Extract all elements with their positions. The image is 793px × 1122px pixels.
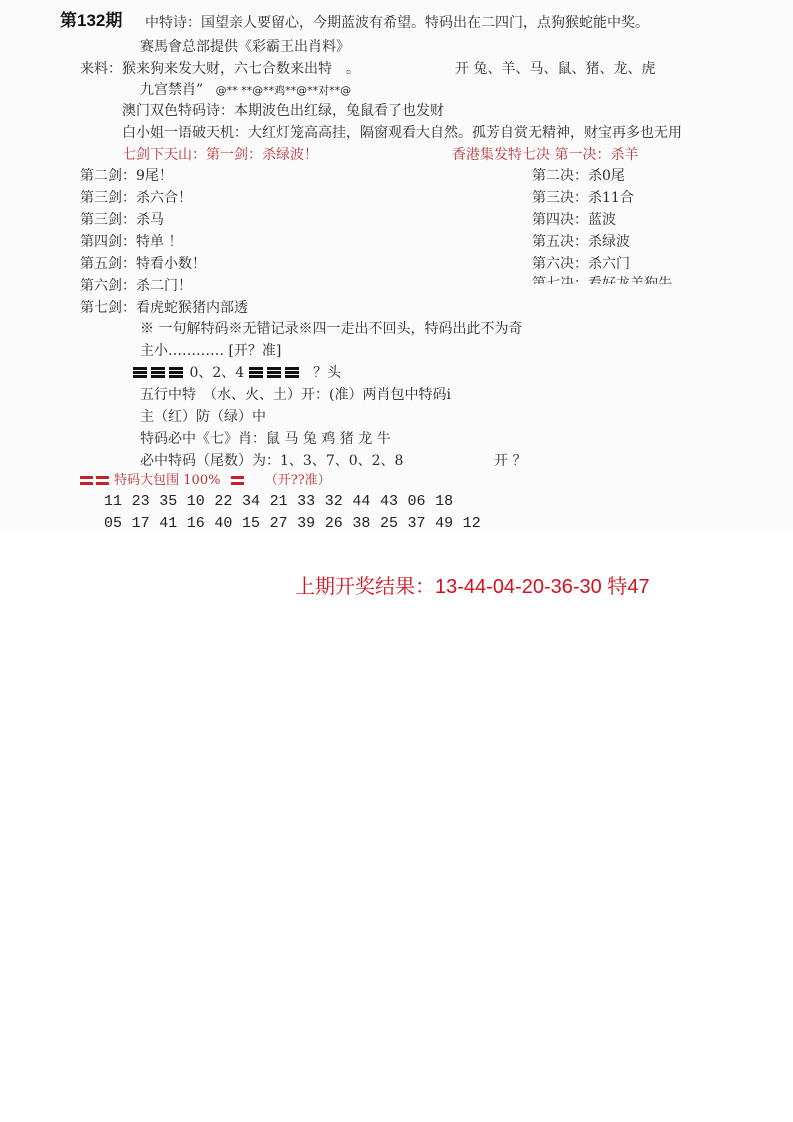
issue-number: 第132期 (60, 12, 122, 30)
pack-number: 11 (104, 493, 132, 510)
nine-palace-line: 九宫禁肖” @** **@**鸡**@**对**@ (140, 81, 351, 100)
sword-item: 第六剑：杀二门！ (80, 277, 192, 295)
big-pack-row-1: 11233510223421333244430618 (104, 493, 463, 510)
secret-item: 第四决：蓝波 (532, 211, 616, 229)
big-pack-title-line: 特码大包围 100% （开??准） (80, 472, 331, 490)
open-label: 开 (455, 61, 469, 77)
last-result-special: 特47 (607, 576, 649, 598)
sword-item: 第四剑：特单 ！ (80, 233, 182, 251)
miss-bai-line: 白小姐一语破天机：大红灯笼高高挂，隔窗观看大自然。孤芳自赏无精神，财宝再多也无用 (122, 124, 793, 142)
triple-bar-icon (133, 367, 185, 379)
head-suffix: ？头 (313, 365, 341, 381)
nine-palace-code: @** **@**鸡**@**对**@ (216, 84, 352, 97)
source-text: 来料：猴来狗来发大财，六七合数来出特 。 (80, 61, 360, 77)
pack-number: 39 (297, 515, 325, 532)
zodiac-list: 兔、羊、马、鼠、猪、龙、虎 (473, 61, 655, 77)
pack-number: 27 (270, 515, 298, 532)
pack-number: 10 (187, 493, 215, 510)
pack-number: 38 (352, 515, 380, 532)
macau-poem: 澳门双色特码诗：本期波色出红绿，兔鼠看了也发财 (122, 102, 444, 120)
double-bar-icon (80, 476, 110, 486)
pack-number: 43 (380, 493, 408, 510)
pack-number: 37 (408, 515, 436, 532)
tail-open: 开 ？ (494, 452, 526, 470)
big-pack-row-2: 0517411640152739263825374912 (104, 515, 490, 532)
secret-item: 第七决：看好龙羊狗牛 (532, 275, 672, 284)
pack-number: 23 (132, 493, 160, 510)
last-result-label: 上期开奖结果： (295, 576, 435, 598)
sword-item: 第二剑：9尾！ (80, 167, 173, 185)
pack-number: 16 (187, 515, 215, 532)
last-result: 上期开奖结果：13-44-04-20-36-30 特47 (295, 570, 650, 599)
source-line: 来料：猴来狗来发大财，六七合数来出特 。 (80, 60, 360, 78)
sword-item: 第三剑：杀马 (80, 211, 164, 229)
nine-palace-label: 九宫禁肖” (140, 82, 203, 98)
pack-number: 40 (214, 515, 242, 532)
pack-number: 21 (270, 493, 298, 510)
main-color-tip: 主（红）防（绿）中 (140, 408, 266, 426)
head-numbers: 0、2、4 (189, 365, 244, 381)
pack-number: 34 (242, 493, 270, 510)
sword-item: 第七剑：看虎蛇猴猪内部透 (80, 299, 248, 317)
pack-number: 41 (159, 515, 187, 532)
must-seven-tip: 特码必中《七》肖：鼠 马 兔 鸡 猪 龙 牛 (140, 430, 391, 448)
pack-number: 44 (352, 493, 380, 510)
secret-item: 第二决：杀0尾 (532, 167, 625, 185)
pack-number: 22 (214, 493, 242, 510)
sword-item: 第三剑：杀六合！ (80, 189, 192, 207)
secret-item-text: 第七决：看好龙羊狗牛 (532, 276, 672, 284)
head-numbers-line: 0、2、4 ？头 (133, 364, 341, 382)
five-elements-tip: 五行中特 （水、火、土）开：(准）两肖包中特码i (140, 386, 451, 404)
pack-number: 49 (435, 515, 463, 532)
pack-number: 26 (325, 515, 353, 532)
main-small-tip: 主小………… [开？准] (140, 342, 281, 360)
secret-item: 第六决：杀六门 (532, 255, 630, 273)
secret-item: 第三决：杀11合 (532, 189, 634, 207)
pack-number: 18 (435, 493, 463, 510)
pack-number: 32 (325, 493, 353, 510)
pack-number: 33 (297, 493, 325, 510)
sword-item: 第五剑：特看小数！ (80, 255, 206, 273)
pack-number: 05 (104, 515, 132, 532)
pack-number: 15 (242, 515, 270, 532)
one-sentence-tip: ※ 一句解特码※无错记录※四一走出不回头，特码出此不为奇 (140, 320, 522, 338)
source-zodiacs: 开 兔、羊、马、鼠、猪、龙、虎 (455, 60, 655, 78)
tail-numbers-tip: 必中特码（尾数）为：1、3、7、0、2、8 (140, 452, 403, 470)
pack-number: 06 (408, 493, 436, 510)
last-result-numbers: 13-44-04-20-36-30 (435, 576, 602, 598)
double-bar-icon (231, 476, 245, 486)
seven-swords-title: 七剑下天山：第一剑：杀绿波！ (122, 146, 318, 164)
pack-number: 25 (380, 515, 408, 532)
provider-line: 赛馬會总部提供《彩霸王出肖料》 (140, 38, 350, 56)
header-poem: 中特诗：国望亲人要留心，今期蓝波有希望。特码出在二四门，点狗猴蛇能中奖。 (145, 14, 649, 32)
big-pack-suffix: （开??准） (265, 473, 331, 488)
seven-secrets-title: 香港集发特七决 第一决：杀羊 (452, 146, 638, 164)
pack-number: 12 (463, 515, 491, 532)
secret-item: 第五决：杀绿波 (532, 233, 630, 251)
big-pack-title: 特码大包围 100% (114, 473, 220, 488)
pack-number: 35 (159, 493, 187, 510)
triple-bar-icon (249, 367, 301, 379)
pack-number: 17 (132, 515, 160, 532)
